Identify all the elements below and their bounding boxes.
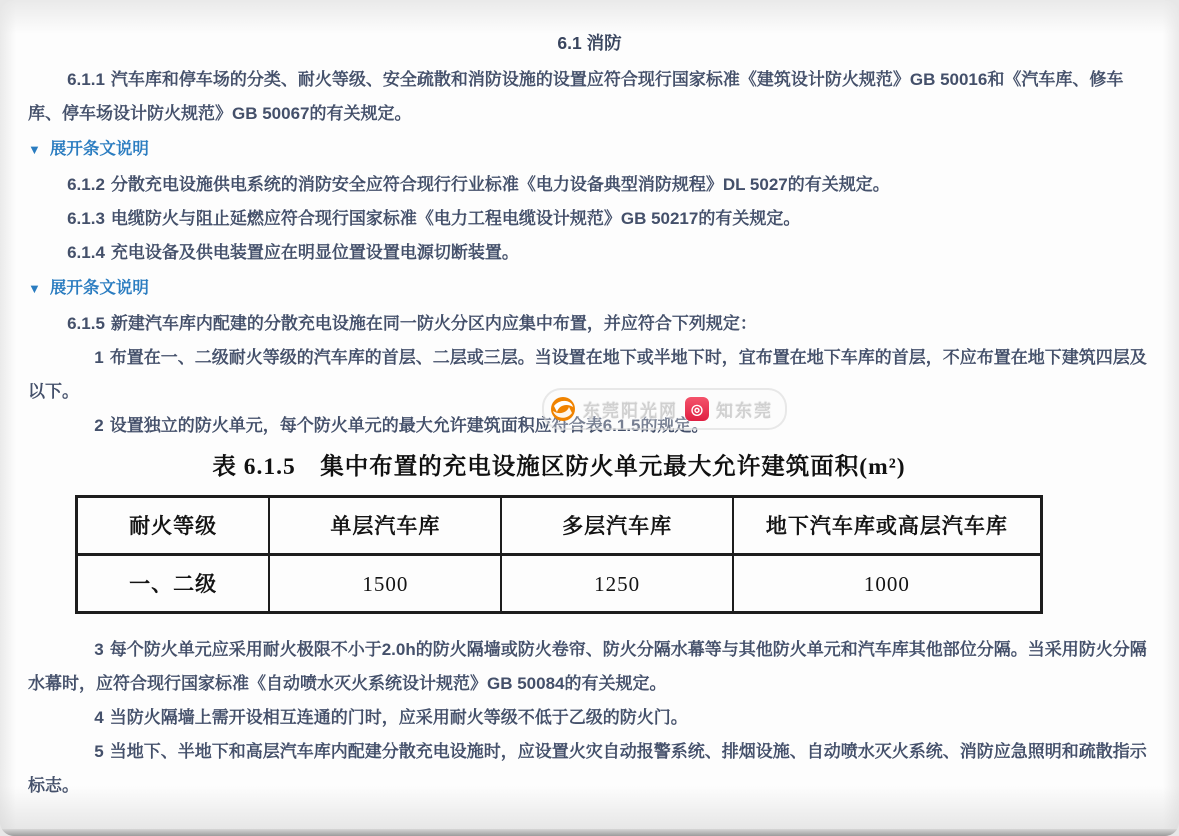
cell-single-storey: 1500 xyxy=(269,555,501,613)
cell-underground-highrise: 1000 xyxy=(733,555,1042,613)
triangle-down-icon: ▼ xyxy=(28,143,41,156)
table-caption: 表 6.1.5 集中布置的充电设施区防火单元最大允许建筑面积(m²) xyxy=(75,449,1043,485)
item-number: 5 xyxy=(94,742,103,761)
header-single-storey: 单层汽车库 xyxy=(269,497,501,555)
table-header-row: 耐火等级 单层汽车库 多层汽车库 地下汽车库或高层汽车库 xyxy=(77,497,1042,555)
section-title: 6.1 消防 xyxy=(28,26,1151,60)
expand-commentary-link-1[interactable]: ▼ 展开条文说明 xyxy=(28,132,1151,167)
clause-6-1-2: 6.1.2分散充电设施供电系统的消防安全应符合现行行业标准《电力设备典型消防规程… xyxy=(28,168,1151,202)
item-text: 当防火隔墙上需开设相互连通的门时，应采用耐火等级不低于乙级的防火门。 xyxy=(110,708,688,727)
item-number: 1 xyxy=(94,348,103,367)
expand-commentary-link-2[interactable]: ▼ 展开条文说明 xyxy=(28,271,1151,306)
item-number: 2 xyxy=(94,416,103,435)
clause-text: 汽车库和停车场的分类、耐火等级、安全疏散和消防设施的设置应符合现行国家标准《建筑… xyxy=(28,70,1123,123)
table-row: 一、二级 1500 1250 1000 xyxy=(77,555,1042,613)
clause-6-1-5-item-2: 2设置独立的防火单元，每个防火单元的最大允许建筑面积应符合表6.1.5的规定。 xyxy=(28,409,1151,443)
clause-number: 6.1.4 xyxy=(67,243,105,262)
expand-commentary-label: 展开条文说明 xyxy=(50,132,149,167)
clause-text: 电缆防火与阻止延燃应符合现行国家标准《电力工程电缆设计规范》GB 50217的有… xyxy=(111,209,801,228)
clause-number: 6.1.3 xyxy=(67,209,105,228)
clause-6-1-5-item-1: 1布置在一、二级耐火等级的汽车库的首层、二层或三层。当设置在地下或半地下时，宜布… xyxy=(28,341,1151,409)
item-text: 布置在一、二级耐火等级的汽车库的首层、二层或三层。当设置在地下或半地下时，宜布置… xyxy=(28,348,1147,401)
cell-multi-storey: 1250 xyxy=(501,555,732,613)
triangle-down-icon: ▼ xyxy=(28,282,41,295)
cell-fire-rating: 一、二级 xyxy=(77,555,270,613)
page-bottom-edge xyxy=(0,829,1179,836)
clause-text: 分散充电设施供电系统的消防安全应符合现行行业标准《电力设备典型消防规程》DL 5… xyxy=(111,175,890,194)
header-multi-storey: 多层汽车库 xyxy=(501,497,732,555)
clause-number: 6.1.1 xyxy=(67,70,105,89)
document-page: 6.1 消防 6.1.1汽车库和停车场的分类、耐火等级、安全疏散和消防设施的设置… xyxy=(0,0,1179,836)
clause-text: 充电设备及供电装置应在明显位置设置电源切断装置。 xyxy=(111,243,519,262)
header-fire-rating: 耐火等级 xyxy=(77,497,270,555)
clause-6-1-5: 6.1.5新建汽车库内配建的分散充电设施在同一防火分区内应集中布置，并应符合下列… xyxy=(28,307,1151,341)
item-text: 每个防火单元应采用耐火极限不小于2.0h的防火隔墙或防火卷帘、防火分隔水幕等与其… xyxy=(28,640,1147,693)
clause-6-1-4: 6.1.4充电设备及供电装置应在明显位置设置电源切断装置。 xyxy=(28,236,1151,270)
header-underground-highrise: 地下汽车库或高层汽车库 xyxy=(733,497,1042,555)
clause-number: 6.1.2 xyxy=(67,175,105,194)
clause-number: 6.1.5 xyxy=(67,314,105,333)
clause-6-1-1: 6.1.1汽车库和停车场的分类、耐火等级、安全疏散和消防设施的设置应符合现行国家… xyxy=(28,63,1151,131)
fire-unit-area-table: 耐火等级 单层汽车库 多层汽车库 地下汽车库或高层汽车库 一、二级 1500 1… xyxy=(75,495,1043,614)
clause-text: 新建汽车库内配建的分散充电设施在同一防火分区内应集中布置，并应符合下列规定： xyxy=(111,314,757,333)
clause-6-1-5-item-5: 5当地下、半地下和高层汽车库内配建分散充电设施时，应设置火灾自动报警系统、排烟设… xyxy=(28,735,1151,803)
clause-6-1-5-item-4: 4当防火隔墙上需开设相互连通的门时，应采用耐火等级不低于乙级的防火门。 xyxy=(28,701,1151,735)
item-text: 当地下、半地下和高层汽车库内配建分散充电设施时，应设置火灾自动报警系统、排烟设施… xyxy=(28,742,1147,795)
expand-commentary-label: 展开条文说明 xyxy=(50,271,149,306)
clause-6-1-5-item-3: 3每个防火单元应采用耐火极限不小于2.0h的防火隔墙或防火卷帘、防火分隔水幕等与… xyxy=(28,633,1151,701)
document-content: 6.1 消防 6.1.1汽车库和停车场的分类、耐火等级、安全疏散和消防设施的设置… xyxy=(0,0,1179,803)
clause-6-1-3: 6.1.3电缆防火与阻止延燃应符合现行国家标准《电力工程电缆设计规范》GB 50… xyxy=(28,202,1151,236)
item-text: 设置独立的防火单元，每个防火单元的最大允许建筑面积应符合表6.1.5的规定。 xyxy=(110,416,709,435)
item-number: 4 xyxy=(94,708,103,727)
item-number: 3 xyxy=(94,640,103,659)
